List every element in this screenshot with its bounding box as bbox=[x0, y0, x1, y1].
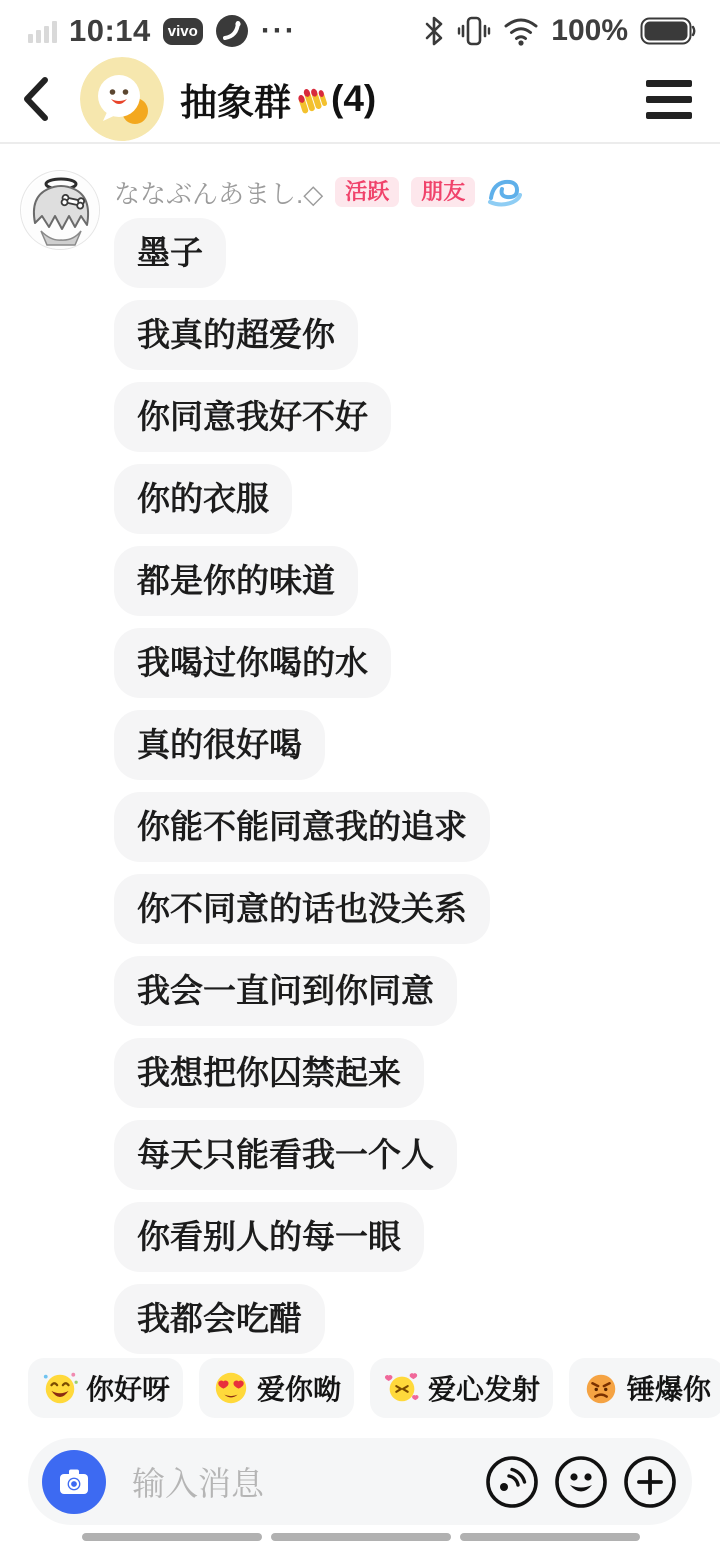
bluetooth-icon bbox=[423, 15, 445, 47]
voice-wave-button[interactable] bbox=[484, 1454, 540, 1510]
quick-reply-hammer[interactable]: 锤爆你 bbox=[569, 1358, 720, 1418]
back-button[interactable] bbox=[20, 71, 64, 127]
message-bubble[interactable]: 我会一直问到你同意 bbox=[114, 956, 457, 1026]
message-bubble[interactable]: 我想把你囚禁起来 bbox=[114, 1038, 424, 1108]
message-bubble[interactable]: 你看别人的每一眼 bbox=[114, 1202, 424, 1272]
page-title: 抽象群 (4) bbox=[180, 72, 376, 126]
heart-eyes-emoji-icon bbox=[212, 1369, 250, 1407]
status-bar: 10:14 vivo ··· bbox=[0, 0, 720, 56]
camera-icon bbox=[56, 1464, 92, 1500]
message-bubble[interactable]: 我都会吃醋 bbox=[114, 1284, 325, 1354]
quick-reply-label: 你好呀 bbox=[86, 1368, 170, 1408]
quick-reply-love-you[interactable]: 爱你呦 bbox=[199, 1358, 354, 1418]
sender-avatar[interactable] bbox=[20, 170, 100, 250]
message-bubble[interactable]: 墨子 bbox=[114, 218, 226, 288]
blue-wave-badge-icon bbox=[487, 176, 523, 208]
quick-reply-label: 爱心发射 bbox=[428, 1368, 540, 1408]
browser-circle-icon bbox=[215, 14, 249, 48]
camera-button[interactable] bbox=[42, 1450, 106, 1514]
message-bubble[interactable]: 你的衣服 bbox=[114, 464, 292, 534]
group-avatar[interactable] bbox=[80, 57, 164, 141]
hamburger-menu-button[interactable] bbox=[642, 76, 696, 123]
message-bubble[interactable]: 你不同意的话也没关系 bbox=[114, 874, 490, 944]
vivo-badge: vivo bbox=[163, 18, 203, 45]
sender-info-row: ななぶんあまし.◇ 活跃 朋友 bbox=[114, 172, 523, 212]
nav-recents-hint bbox=[460, 1533, 640, 1541]
chat-header: 抽象群 (4) bbox=[0, 56, 720, 144]
angry-emoji-icon bbox=[582, 1369, 620, 1407]
more-dots-icon: ··· bbox=[261, 14, 297, 48]
message-bubble[interactable]: 我喝过你喝的水 bbox=[114, 628, 391, 698]
group-title-text: 抽象群 bbox=[180, 72, 291, 126]
nail-polish-emoji-icon bbox=[293, 81, 329, 117]
active-badge: 活跃 bbox=[335, 177, 399, 207]
message-bubble[interactable]: 真的很好喝 bbox=[114, 710, 325, 780]
battery-percent: 100% bbox=[551, 14, 628, 48]
quick-reply-label: 爱你呦 bbox=[257, 1368, 341, 1408]
quick-reply-bar: 你好呀 爱你呦 爱心发射 bbox=[28, 1358, 700, 1418]
sender-name: ななぶんあまし.◇ bbox=[114, 174, 323, 211]
vibrate-icon bbox=[457, 15, 491, 47]
message-bubble[interactable]: 每天只能看我一个人 bbox=[114, 1120, 457, 1190]
smiley-button[interactable] bbox=[553, 1454, 609, 1510]
quick-reply-label: 锤爆你 bbox=[627, 1368, 711, 1408]
chat-screen: 10:14 vivo ··· bbox=[0, 0, 720, 1544]
message-input-bar: 输入消息 bbox=[28, 1438, 692, 1525]
laughing-emoji-icon bbox=[41, 1369, 79, 1407]
signal-strength-icon bbox=[28, 19, 57, 43]
quick-reply-hello[interactable]: 你好呀 bbox=[28, 1358, 183, 1418]
plus-button[interactable] bbox=[622, 1454, 678, 1510]
message-bubble[interactable]: 都是你的味道 bbox=[114, 546, 358, 616]
status-time: 10:14 bbox=[69, 13, 151, 49]
message-bubble[interactable]: 你同意我好不好 bbox=[114, 382, 391, 452]
group-member-count: (4) bbox=[331, 78, 376, 120]
message-bubble[interactable]: 你能不能同意我的追求 bbox=[114, 792, 490, 862]
nav-back-hint bbox=[82, 1533, 262, 1541]
message-input[interactable]: 输入消息 bbox=[132, 1458, 471, 1505]
message-list: ななぶんあまし.◇ 活跃 朋友 墨子 我真的超爱你 你同意我好不好 你的衣服 都… bbox=[0, 144, 720, 1366]
gesture-navigation-bar[interactable] bbox=[82, 1533, 640, 1541]
hearts-burst-emoji-icon bbox=[383, 1369, 421, 1407]
message-bubble[interactable]: 我真的超爱你 bbox=[114, 300, 358, 370]
wifi-icon bbox=[503, 16, 539, 46]
quick-reply-heart-blast[interactable]: 爱心发射 bbox=[370, 1358, 553, 1418]
friend-badge: 朋友 bbox=[411, 177, 475, 207]
battery-icon bbox=[640, 17, 696, 45]
nav-home-hint bbox=[271, 1533, 451, 1541]
